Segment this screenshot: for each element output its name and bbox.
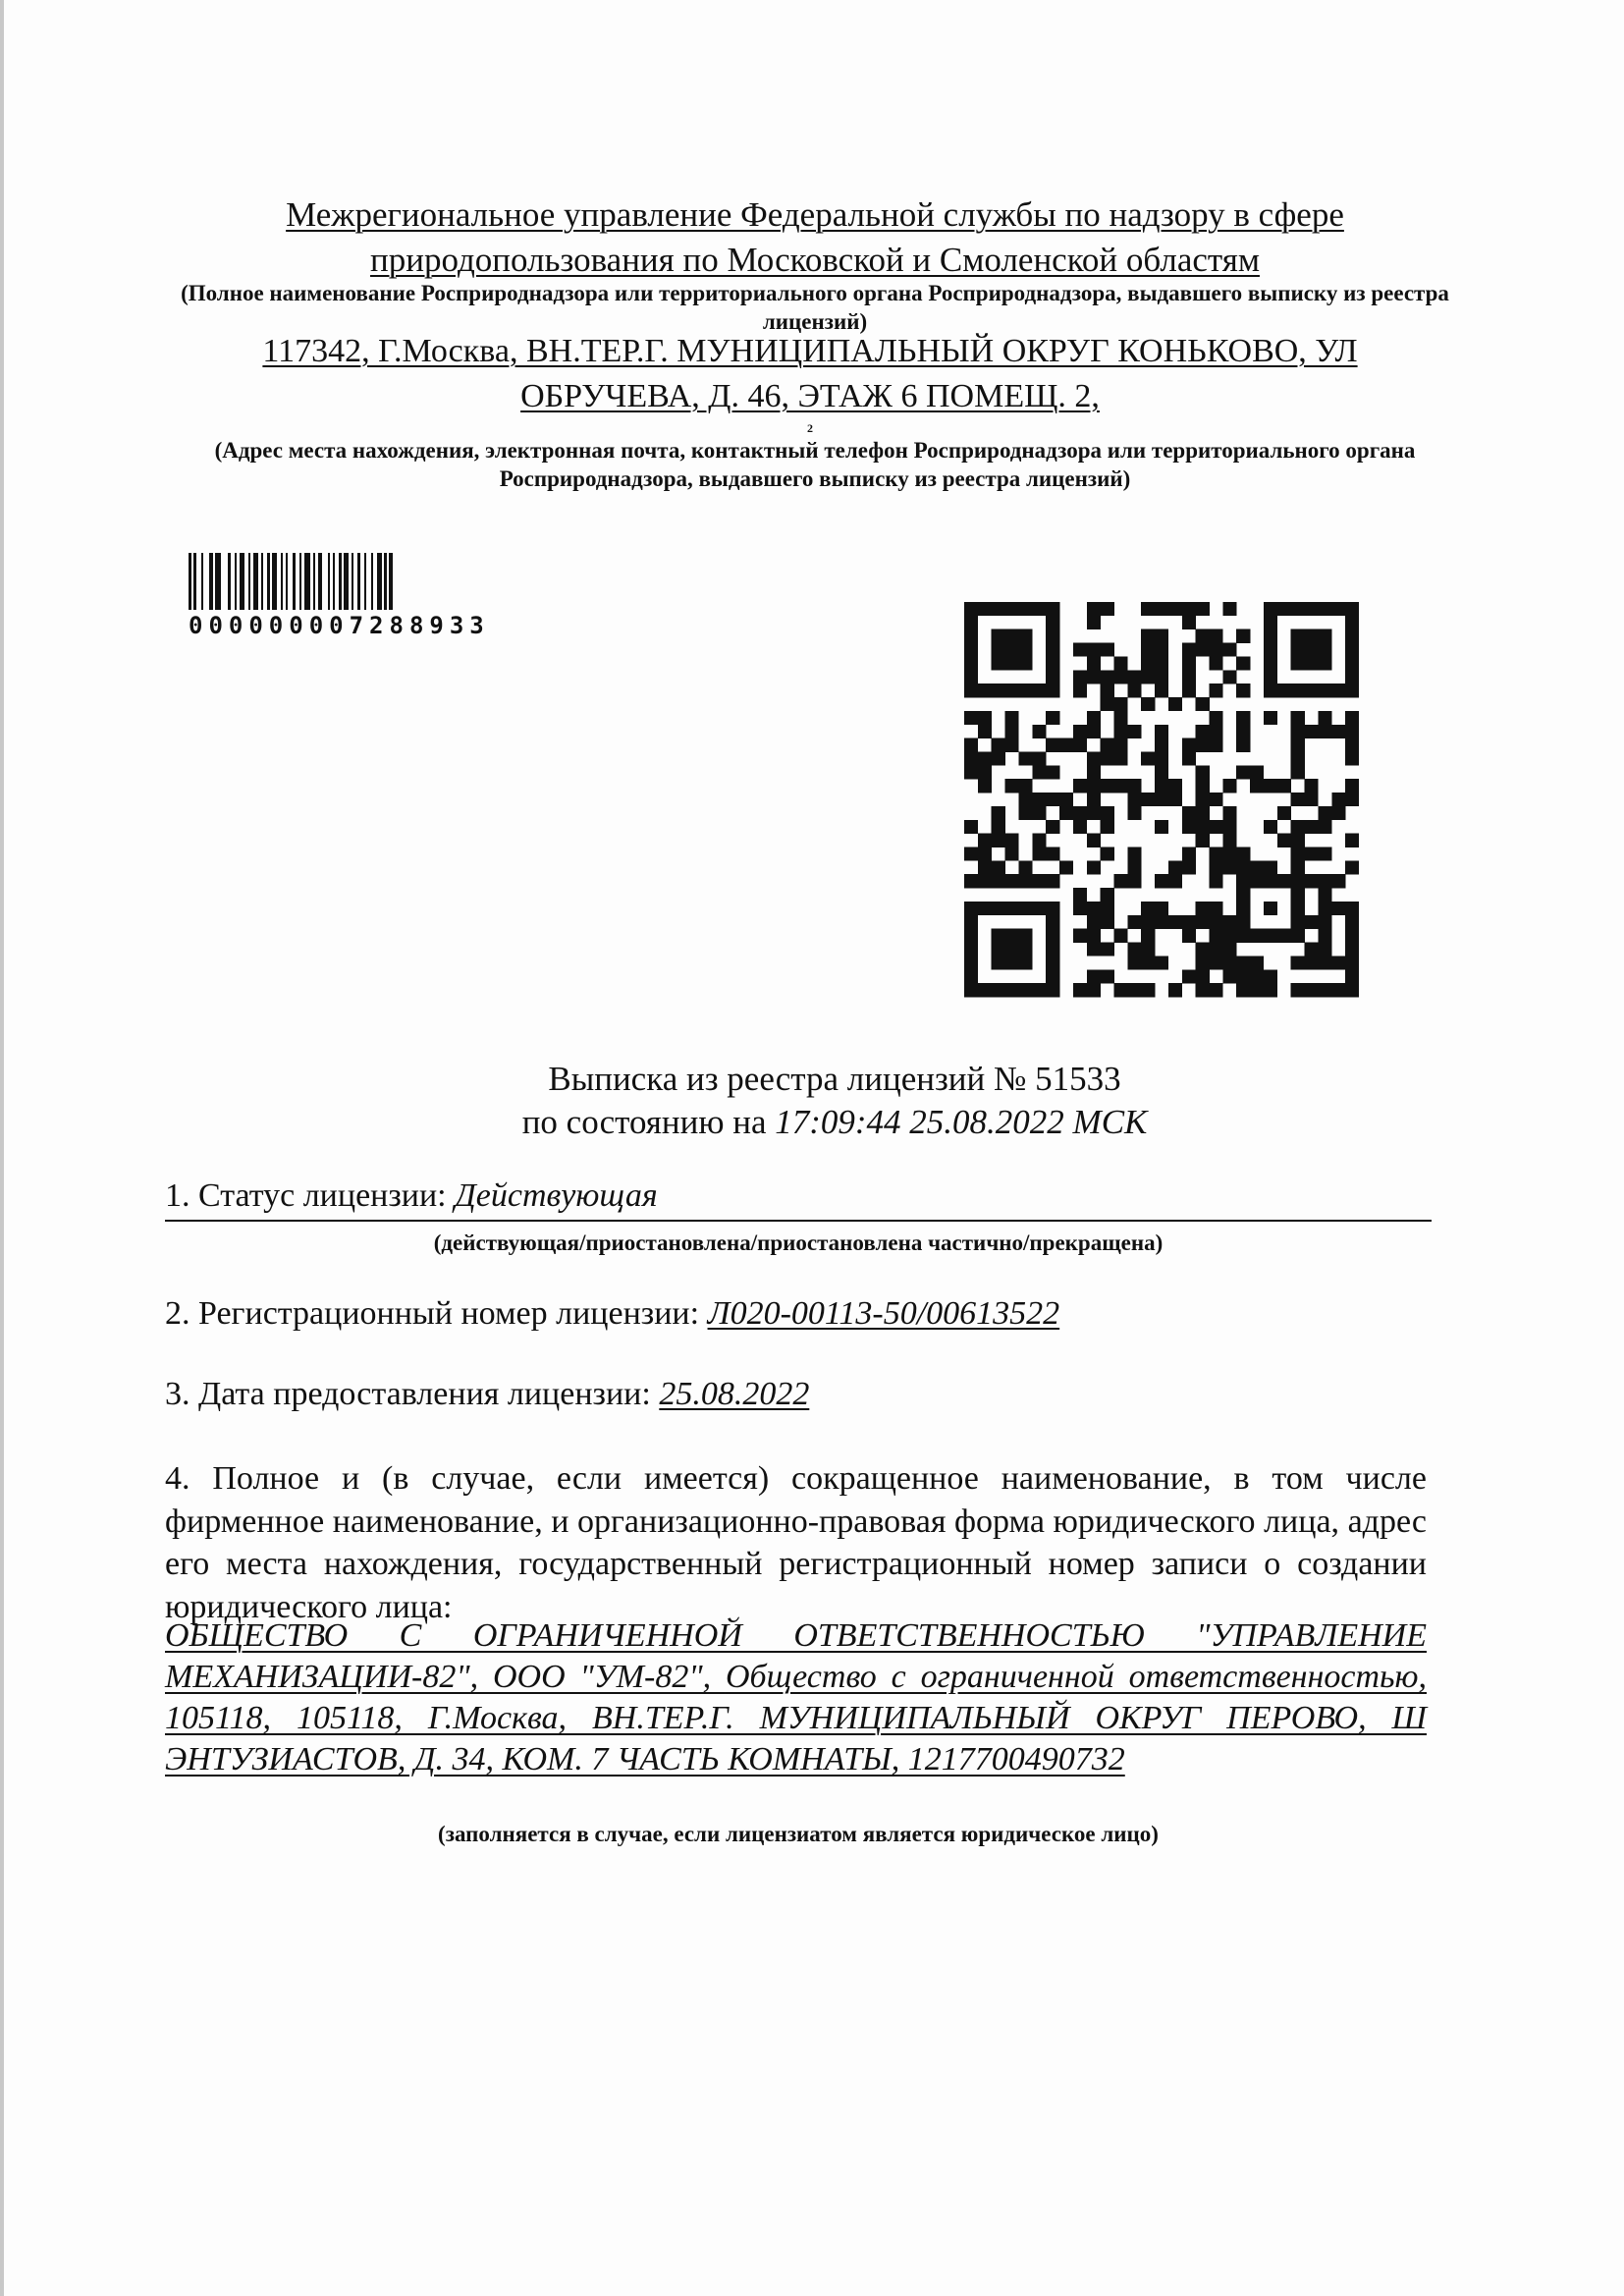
entity-address: 105118, 105118, Г.Москва, ВН.ТЕР.Г. МУНИ… xyxy=(165,1700,1427,1777)
barcode-number: 000000007288933 xyxy=(189,612,552,639)
grant-date-label: 3. Дата предоставления лицензии: xyxy=(165,1376,651,1412)
extract-number: 51533 xyxy=(1035,1060,1121,1098)
status-value: Действующая xyxy=(455,1177,658,1214)
status-note: (действующая/приостановлена/приостановле… xyxy=(165,1229,1432,1257)
reg-number-value: Л020-00113-50/00613522 xyxy=(708,1295,1060,1332)
authority-address-note: (Адрес места нахождения, электронная поч… xyxy=(177,436,1453,493)
status-row: 1. Статус лицензии: Действующая xyxy=(165,1175,658,1218)
scan-page-edge xyxy=(0,0,4,2296)
reg-number-row: 2. Регистрационный номер лицензии: Л020-… xyxy=(165,1292,1059,1336)
status-label: 1. Статус лицензии: xyxy=(165,1177,447,1214)
barcode-icon xyxy=(189,553,552,610)
status-underline xyxy=(165,1218,1432,1222)
authority-address: 117342, Г.Москва, ВН.ТЕР.Г. МУНИЦИПАЛЬНЫ… xyxy=(172,329,1448,419)
entity-form: Общество с ограниченной ответственностью… xyxy=(726,1659,1427,1695)
extract-title: Выписка из реестра лицензий № 51533 по с… xyxy=(393,1058,1276,1144)
reg-number-label: 2. Регистрационный номер лицензии: xyxy=(165,1295,699,1332)
grant-date-row: 3. Дата предоставления лицензии: 25.08.2… xyxy=(165,1373,809,1416)
legal-entity-note: (заполняется в случае, если лицензиатом … xyxy=(165,1820,1432,1848)
barcode: 000000007288933 xyxy=(189,553,552,639)
legal-entity-label: 4. Полное и (в случае, если имеется) сок… xyxy=(165,1457,1427,1628)
grant-date-value: 25.08.2022 xyxy=(659,1376,809,1412)
stray-mark: 2 xyxy=(807,421,813,436)
extract-title-prefix: Выписка из реестра лицензий № xyxy=(548,1060,1035,1098)
as-of-value: 17:09:44 25.08.2022 МСК xyxy=(775,1103,1147,1141)
legal-entity-value: ОБЩЕСТВО С ОГРАНИЧЕННОЙ ОТВЕТСТВЕННОСТЬЮ… xyxy=(165,1615,1427,1780)
authority-name: Межрегиональное управление Федеральной с… xyxy=(177,192,1453,283)
authority-name-note: (Полное наименование Росприроднадзора ил… xyxy=(177,279,1453,336)
qr-code-icon xyxy=(964,600,1359,999)
as-of-prefix: по состоянию на xyxy=(522,1103,776,1141)
